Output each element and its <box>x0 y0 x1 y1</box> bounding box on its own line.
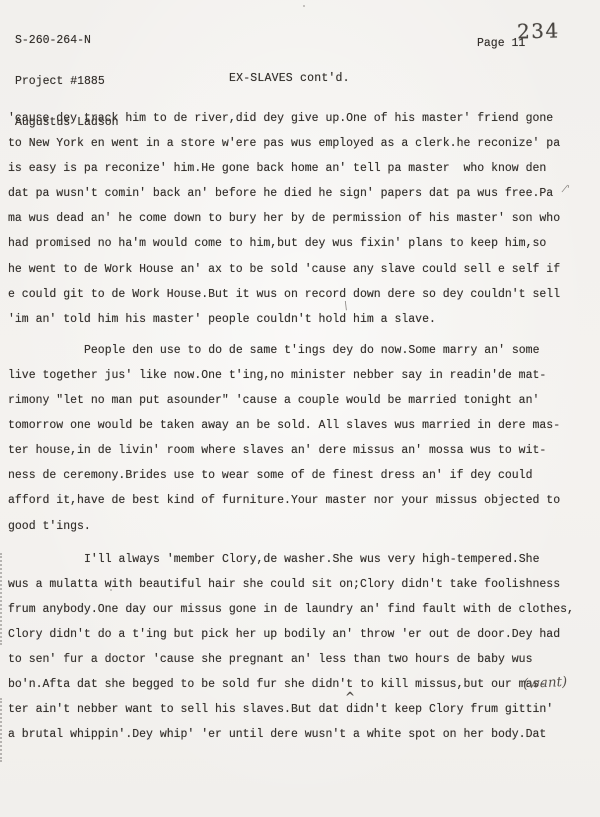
text-line: had promised no ha'm would come to him,b… <box>8 231 594 256</box>
document-body: 'cause dey track him to de river,did dey… <box>8 106 594 747</box>
text-line: Clory didn't do a t'ing but pick her up … <box>8 622 594 647</box>
text-line: to New York en went in a store w'ere pas… <box>8 131 594 156</box>
text-line: rimony "let no man put asounder" 'cause … <box>8 388 594 413</box>
text-line: ter ain't nebber want to sell his slaves… <box>8 697 594 722</box>
text-line: wus a mulatta with beautiful hair she co… <box>8 572 594 597</box>
stray-pen-mark: \ <box>344 299 348 312</box>
text-line: he went to de Work House an' ax to be so… <box>8 257 594 282</box>
document-title: EX-SLAVES cont'd. <box>229 72 350 85</box>
scan-edge-artifact <box>0 553 2 645</box>
text-line: 'im an' told him his master' people coul… <box>8 307 594 332</box>
text-line: dat pa wusn't comin' back an' before he … <box>8 181 594 206</box>
text-line: tomorrow one would be taken away an be s… <box>8 413 594 438</box>
scan-speck <box>303 5 305 7</box>
handwritten-insert-word: (want) <box>523 674 568 692</box>
text-line: frum anybody.One day our missus gone in … <box>8 597 594 622</box>
text-line: 'cause dey track him to de river,did dey… <box>8 106 594 131</box>
project-number: Project #1885 <box>15 75 119 89</box>
stamped-page-number: 234 <box>517 18 560 43</box>
text-line: ma wus dead an' he come down to bury her… <box>8 206 594 231</box>
handwritten-caret-mark: ^ <box>345 689 355 706</box>
text-line: live together jus' like now.One t'ing,no… <box>8 363 594 388</box>
text-line: I'll always 'member Clory,de washer.She … <box>8 547 594 572</box>
text-line: People den use to do de same t'ings dey … <box>8 338 594 363</box>
text-line: to sen' fur a doctor 'cause she pregnant… <box>8 647 594 672</box>
text-line: a brutal whippin'.Dey whip' 'er until de… <box>8 722 594 747</box>
text-line: ness de ceremony.Brides use to wear some… <box>8 463 594 488</box>
text-line: ter house,in de livin' room where slaves… <box>8 438 594 463</box>
file-code: S-260-264-N <box>15 34 119 48</box>
scan-speck <box>110 589 112 591</box>
scan-edge-artifact <box>0 698 2 762</box>
text-line: bo'n.Afta dat she begged to be sold fur … <box>8 672 594 697</box>
text-line: is easy is pa reconize' him.He gone back… <box>8 156 594 181</box>
text-line: e could git to de Work House.But it wus … <box>8 282 594 307</box>
scanned-document-page: S-260-264-N Project #1885 Augustus Ladso… <box>0 0 600 817</box>
text-line: good t'ings. <box>8 514 594 539</box>
text-line: afford it,have de best kind of furniture… <box>8 488 594 513</box>
